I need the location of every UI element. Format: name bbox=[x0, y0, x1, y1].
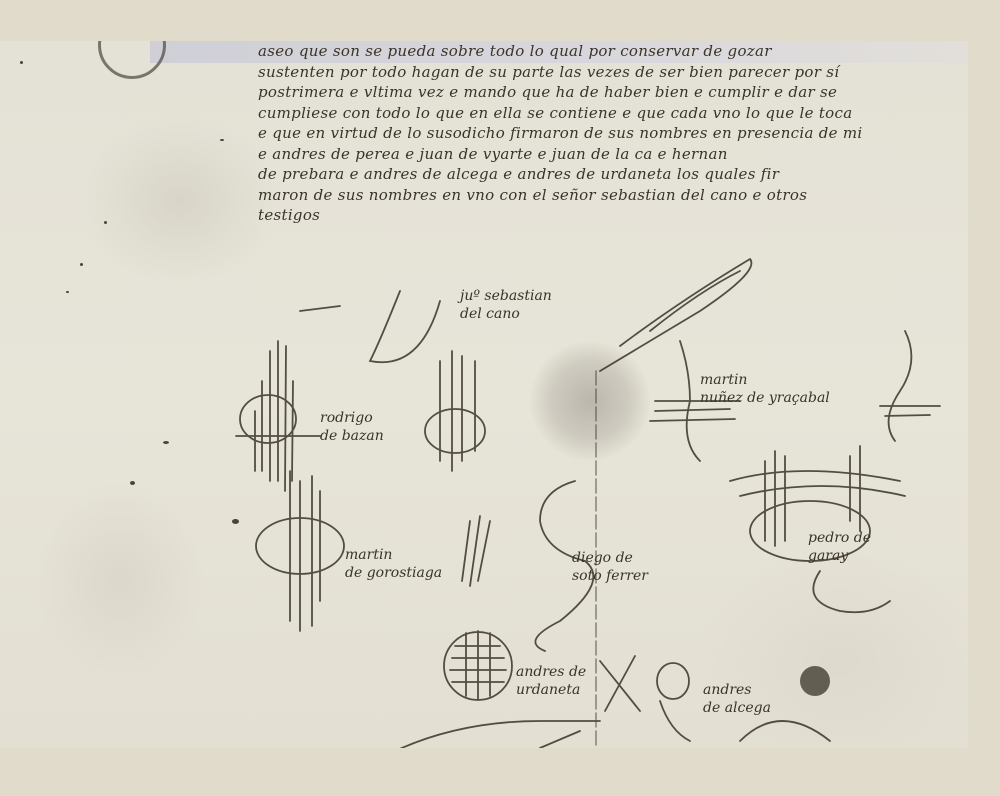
signature-line: martin bbox=[700, 371, 830, 389]
signature-andres-de-urdaneta: andres de urdaneta bbox=[516, 663, 586, 699]
signature-line: andres de bbox=[516, 663, 586, 681]
paper-speck bbox=[163, 441, 169, 444]
paper-speck bbox=[220, 139, 224, 141]
signature-line: de gorostiaga bbox=[345, 564, 442, 582]
paper-speck bbox=[20, 61, 23, 64]
signature-line: rodrigo bbox=[320, 409, 384, 427]
paper-speck bbox=[66, 291, 69, 293]
paper-speck bbox=[130, 481, 135, 485]
signature-martin-nunez: martin nuñez de yraçabal bbox=[700, 371, 830, 407]
signature-rodrigo-de-bazan: rodrigo de bazan bbox=[320, 409, 384, 445]
signature-line: nuñez de yraçabal bbox=[700, 389, 830, 407]
signature-line: urdaneta bbox=[516, 681, 586, 699]
signature-line: de alcega bbox=[703, 699, 771, 717]
signature-line: andres bbox=[703, 681, 771, 699]
signature-line: soto ferrer bbox=[572, 567, 648, 585]
signature-line: del cano bbox=[460, 305, 552, 323]
signature-martin-de-gorostiaga: martin de gorostiaga bbox=[345, 546, 442, 582]
signature-line: garay bbox=[808, 547, 871, 565]
signature-diego-de-soto: diego de soto ferrer bbox=[572, 549, 648, 585]
signature-line: de bazan bbox=[320, 427, 384, 445]
signature-line: pedro de bbox=[808, 529, 871, 547]
signature-andres-de-alcega: andres de alcega bbox=[703, 681, 771, 717]
signature-line: juº sebastian bbox=[460, 287, 552, 305]
paper-speck bbox=[232, 519, 239, 524]
signature-line: diego de bbox=[572, 549, 648, 567]
signature-pedro-de-garay: pedro de garay bbox=[808, 529, 871, 565]
paper-speck bbox=[80, 263, 83, 266]
signature-line: martin bbox=[345, 546, 442, 564]
paper-speck bbox=[104, 221, 107, 224]
signature-sebastian-del-cano: juº sebastian del cano bbox=[460, 287, 552, 323]
manuscript-page: aseo que son se pueda sobre todo lo qual… bbox=[0, 41, 968, 748]
